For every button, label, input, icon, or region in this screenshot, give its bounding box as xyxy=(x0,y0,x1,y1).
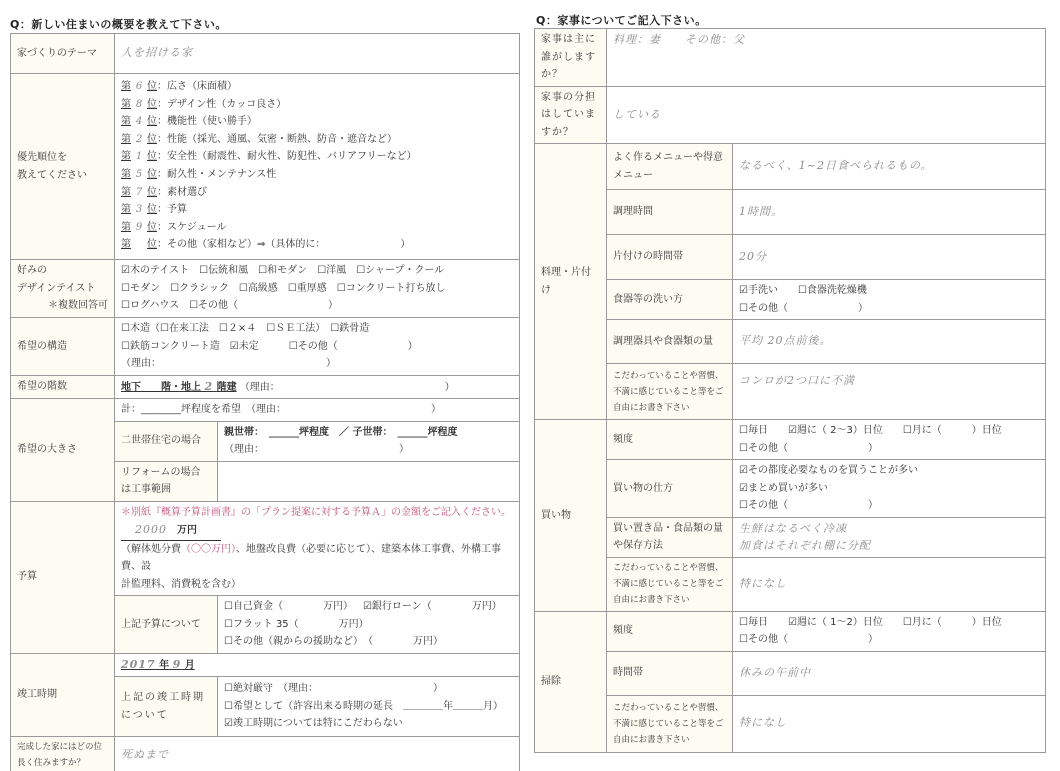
budget-amount[interactable]: 2000 xyxy=(135,523,167,536)
priority-label: 優先順位を 教えてください xyxy=(11,74,115,260)
two-gen-label: 二世帯住宅の場合 xyxy=(115,421,218,461)
cooking-menu-value[interactable]: なるべく、1~2日食べられるもの。 xyxy=(739,159,933,172)
priority-item[interactable]: 第4位：機能性（使い勝手） xyxy=(121,113,513,131)
design-option[interactable]: ☐重厚感 xyxy=(288,280,327,298)
shopping-notes-label: こだわっていることや習慣、不満に感じていること等をご自由にお書き下さい xyxy=(607,557,733,611)
cooking-time-value[interactable]: 1時間。 xyxy=(739,205,783,218)
priority-item[interactable]: 第5位：耐久性・メンテナンス性 xyxy=(121,166,513,184)
floors-label: 希望の階数 xyxy=(11,375,115,399)
shopping-freq-label: 頻度 xyxy=(607,420,733,460)
cleaning-notes-label: こだわっていることや習慣、不満に感じていること等をご自由にお書き下さい xyxy=(607,695,733,752)
shopping-freq-options[interactable]: ☐毎日 ☑週に（ 2～3）日位 ☐月に（ ）日位 ☐その他（ ） xyxy=(733,420,1046,460)
design-option[interactable]: ☐コンクリート打ち放し xyxy=(337,280,446,298)
left-section-title: Q：新しい住まいの概要を教えて下さい。 xyxy=(10,16,227,32)
who-label: 家事は主に誰がしますか？ xyxy=(535,29,607,87)
house-overview-table: 家づくりのテーマ 人を招ける家 優先順位を 教えてください 第6位：広さ（床面積… xyxy=(10,33,520,771)
design-option[interactable]: ☐クラシック xyxy=(170,280,229,298)
shopping-method-options[interactable]: ☑その都度必要なものを買うことが多い ☑まとめ買いが多い ☐その他（ ） xyxy=(733,460,1046,518)
funding-label: 上記予算について xyxy=(115,596,218,654)
design-options: ☑木のテイスト☐伝統和風☐和モダン☐洋風☐シャープ・クール ☐モダン☐クラシック… xyxy=(115,260,520,318)
priority-list: 第6位：広さ（床面積） 第8位：デザイン性（カッコ良さ） 第4位：機能性（使い勝… xyxy=(115,74,520,260)
design-option[interactable]: ☐伝統和風 xyxy=(199,262,248,280)
priority-item[interactable]: 第3位：予算 xyxy=(121,201,513,219)
housework-table: 家事は主に誰がしますか？ 料理：妻 その他：父 家事の分担はしていますか？ して… xyxy=(534,28,1046,753)
cleaning-label: 掃除 xyxy=(535,611,607,752)
cleaning-time-value[interactable]: 休みの午前中 xyxy=(739,666,811,679)
share-value[interactable]: している xyxy=(613,108,661,121)
completion-date[interactable]: 2017 年 9 月 xyxy=(115,653,520,677)
dishwashing-label: 食器等の洗い方 xyxy=(607,280,733,320)
theme-value[interactable]: 人を招ける家 xyxy=(121,46,193,59)
design-option[interactable]: ☐シャープ・クール xyxy=(356,262,444,280)
duration-label: 完成した家にはどの位 長く住みますか？ xyxy=(11,737,115,771)
right-section-title: Q：家事についてご記入下さい。 xyxy=(536,12,707,28)
storage-label: 買い置き品・食品類の量や保存方法 xyxy=(607,517,733,557)
theme-label: 家づくりのテーマ xyxy=(11,34,115,74)
dishwashing-options[interactable]: ☑手洗い ☐食器洗乾燥機 ☐その他（ ） xyxy=(733,280,1046,320)
design-option[interactable]: ☐高級感 xyxy=(239,280,278,298)
priority-item[interactable]: 第6位：広さ（床面積） xyxy=(121,78,513,96)
shopping-notes-value[interactable]: 特になし xyxy=(739,577,787,590)
two-gen-field[interactable]: 親世帯： ______坪程度 ／ 子世帯： ______坪程度 （理由： ） xyxy=(218,421,520,461)
priority-item[interactable]: 第9位：スケジュール xyxy=(121,219,513,237)
cleaning-freq-options[interactable]: ☐毎日 ☑週に（ 1～2）日位 ☐月に（ ）日位 ☐その他（ ） xyxy=(733,611,1046,651)
cooking-menu-label: よく作るメニューや得意メニュー xyxy=(607,144,733,190)
shopping-label: 買い物 xyxy=(535,420,607,612)
floors-field[interactable]: 地下 階・地上 2 階建 （理由： ） xyxy=(115,375,520,399)
cleaning-freq-label: 頻度 xyxy=(607,611,733,651)
priority-item[interactable]: 第1位：安全性（耐震性、耐火性、防犯性、バリアフリーなど） xyxy=(121,148,513,166)
design-label: 好みの デザインテイスト ＊複数回答可 xyxy=(11,260,115,318)
design-option[interactable]: ☐和モダン xyxy=(258,262,307,280)
budget-note: ＊別紙『概算予算計画書』の「プラン提案に対する予算Ａ」の金額をご記入ください。 xyxy=(121,504,513,522)
cleaning-time-label: 時間帯 xyxy=(607,651,733,695)
structure-options[interactable]: ☐木造（☐在来工法 ☐２×４ ☐ＳＥ工法） ☐鉄骨造 ☐鉄筋コンクリート造 ☑未… xyxy=(115,318,520,376)
budget-label: 予算 xyxy=(11,501,115,653)
priority-item[interactable]: 第8位：デザイン性（カッコ良さ） xyxy=(121,96,513,114)
design-option[interactable]: ☐洋風 xyxy=(317,262,346,280)
priority-item[interactable]: 第位：その他（家相など）⇒（具体的に： ） xyxy=(121,236,513,254)
reform-field[interactable] xyxy=(218,461,520,501)
priority-item[interactable]: 第7位：素材選び xyxy=(121,184,513,202)
share-label: 家事の分担はしていますか？ xyxy=(535,86,607,144)
design-option[interactable]: ☐その他（ ） xyxy=(189,297,338,315)
cooking-label: 料理・片付け xyxy=(535,144,607,420)
shopping-method-label: 買い物の仕方 xyxy=(607,460,733,518)
duration-value[interactable]: 死ぬまで xyxy=(121,748,169,761)
completion-options[interactable]: ☐絶対厳守 （理由： ） ☐希望として（許容出来る時期の延長 ＿＿＿＿年＿＿＿月… xyxy=(218,677,520,737)
reform-label: リフォームの場合 は工事範囲 xyxy=(115,461,218,501)
cleanup-time-label: 片付けの時間帯 xyxy=(607,235,733,280)
design-option[interactable]: ☑木のテイスト xyxy=(121,262,189,280)
priority-item[interactable]: 第2位：性能（採光、通風、気密・断熱、防音・遮音など） xyxy=(121,131,513,149)
design-option[interactable]: ☐モダン xyxy=(121,280,160,298)
size-total[interactable]: 計：________坪程度を希望 （理由： ） xyxy=(115,399,520,422)
cooking-notes-value[interactable]: コンロが2つ口に不満 xyxy=(739,374,855,387)
size-label: 希望の大きさ xyxy=(11,399,115,502)
budget-amount-cell: ＊別紙『概算予算計画書』の「プラン提案に対する予算Ａ」の金額をご記入ください。 … xyxy=(115,501,520,596)
who-value[interactable]: 料理：妻 その他：父 xyxy=(613,33,745,46)
completion-label: 竣工時期 xyxy=(11,653,115,737)
cooking-time-label: 調理時間 xyxy=(607,190,733,235)
storage-value[interactable]: 生鮮はなるべく冷凍 加食はそれぞれ棚に分配 xyxy=(733,517,1046,557)
utensil-amount-value[interactable]: 平均 20点前後。 xyxy=(739,334,832,347)
completion-about-label: 上記の竣工時期について xyxy=(115,677,218,737)
utensil-amount-label: 調理器具や食器類の量 xyxy=(607,320,733,364)
funding-options[interactable]: ☐自己資金（ 万円）☑銀行ローン（ 万円） ☐フラット 35（ 万円） ☐その他… xyxy=(218,596,520,654)
structure-label: 希望の構造 xyxy=(11,318,115,376)
design-option[interactable]: ☐ログハウス xyxy=(121,297,179,315)
cooking-notes-label: こだわっていることや習慣、不満に感じていること等をご自由にお書き下さい xyxy=(607,364,733,420)
cleanup-time-value[interactable]: 20分 xyxy=(739,250,767,263)
cleaning-notes-value[interactable]: 特になし xyxy=(739,716,787,729)
